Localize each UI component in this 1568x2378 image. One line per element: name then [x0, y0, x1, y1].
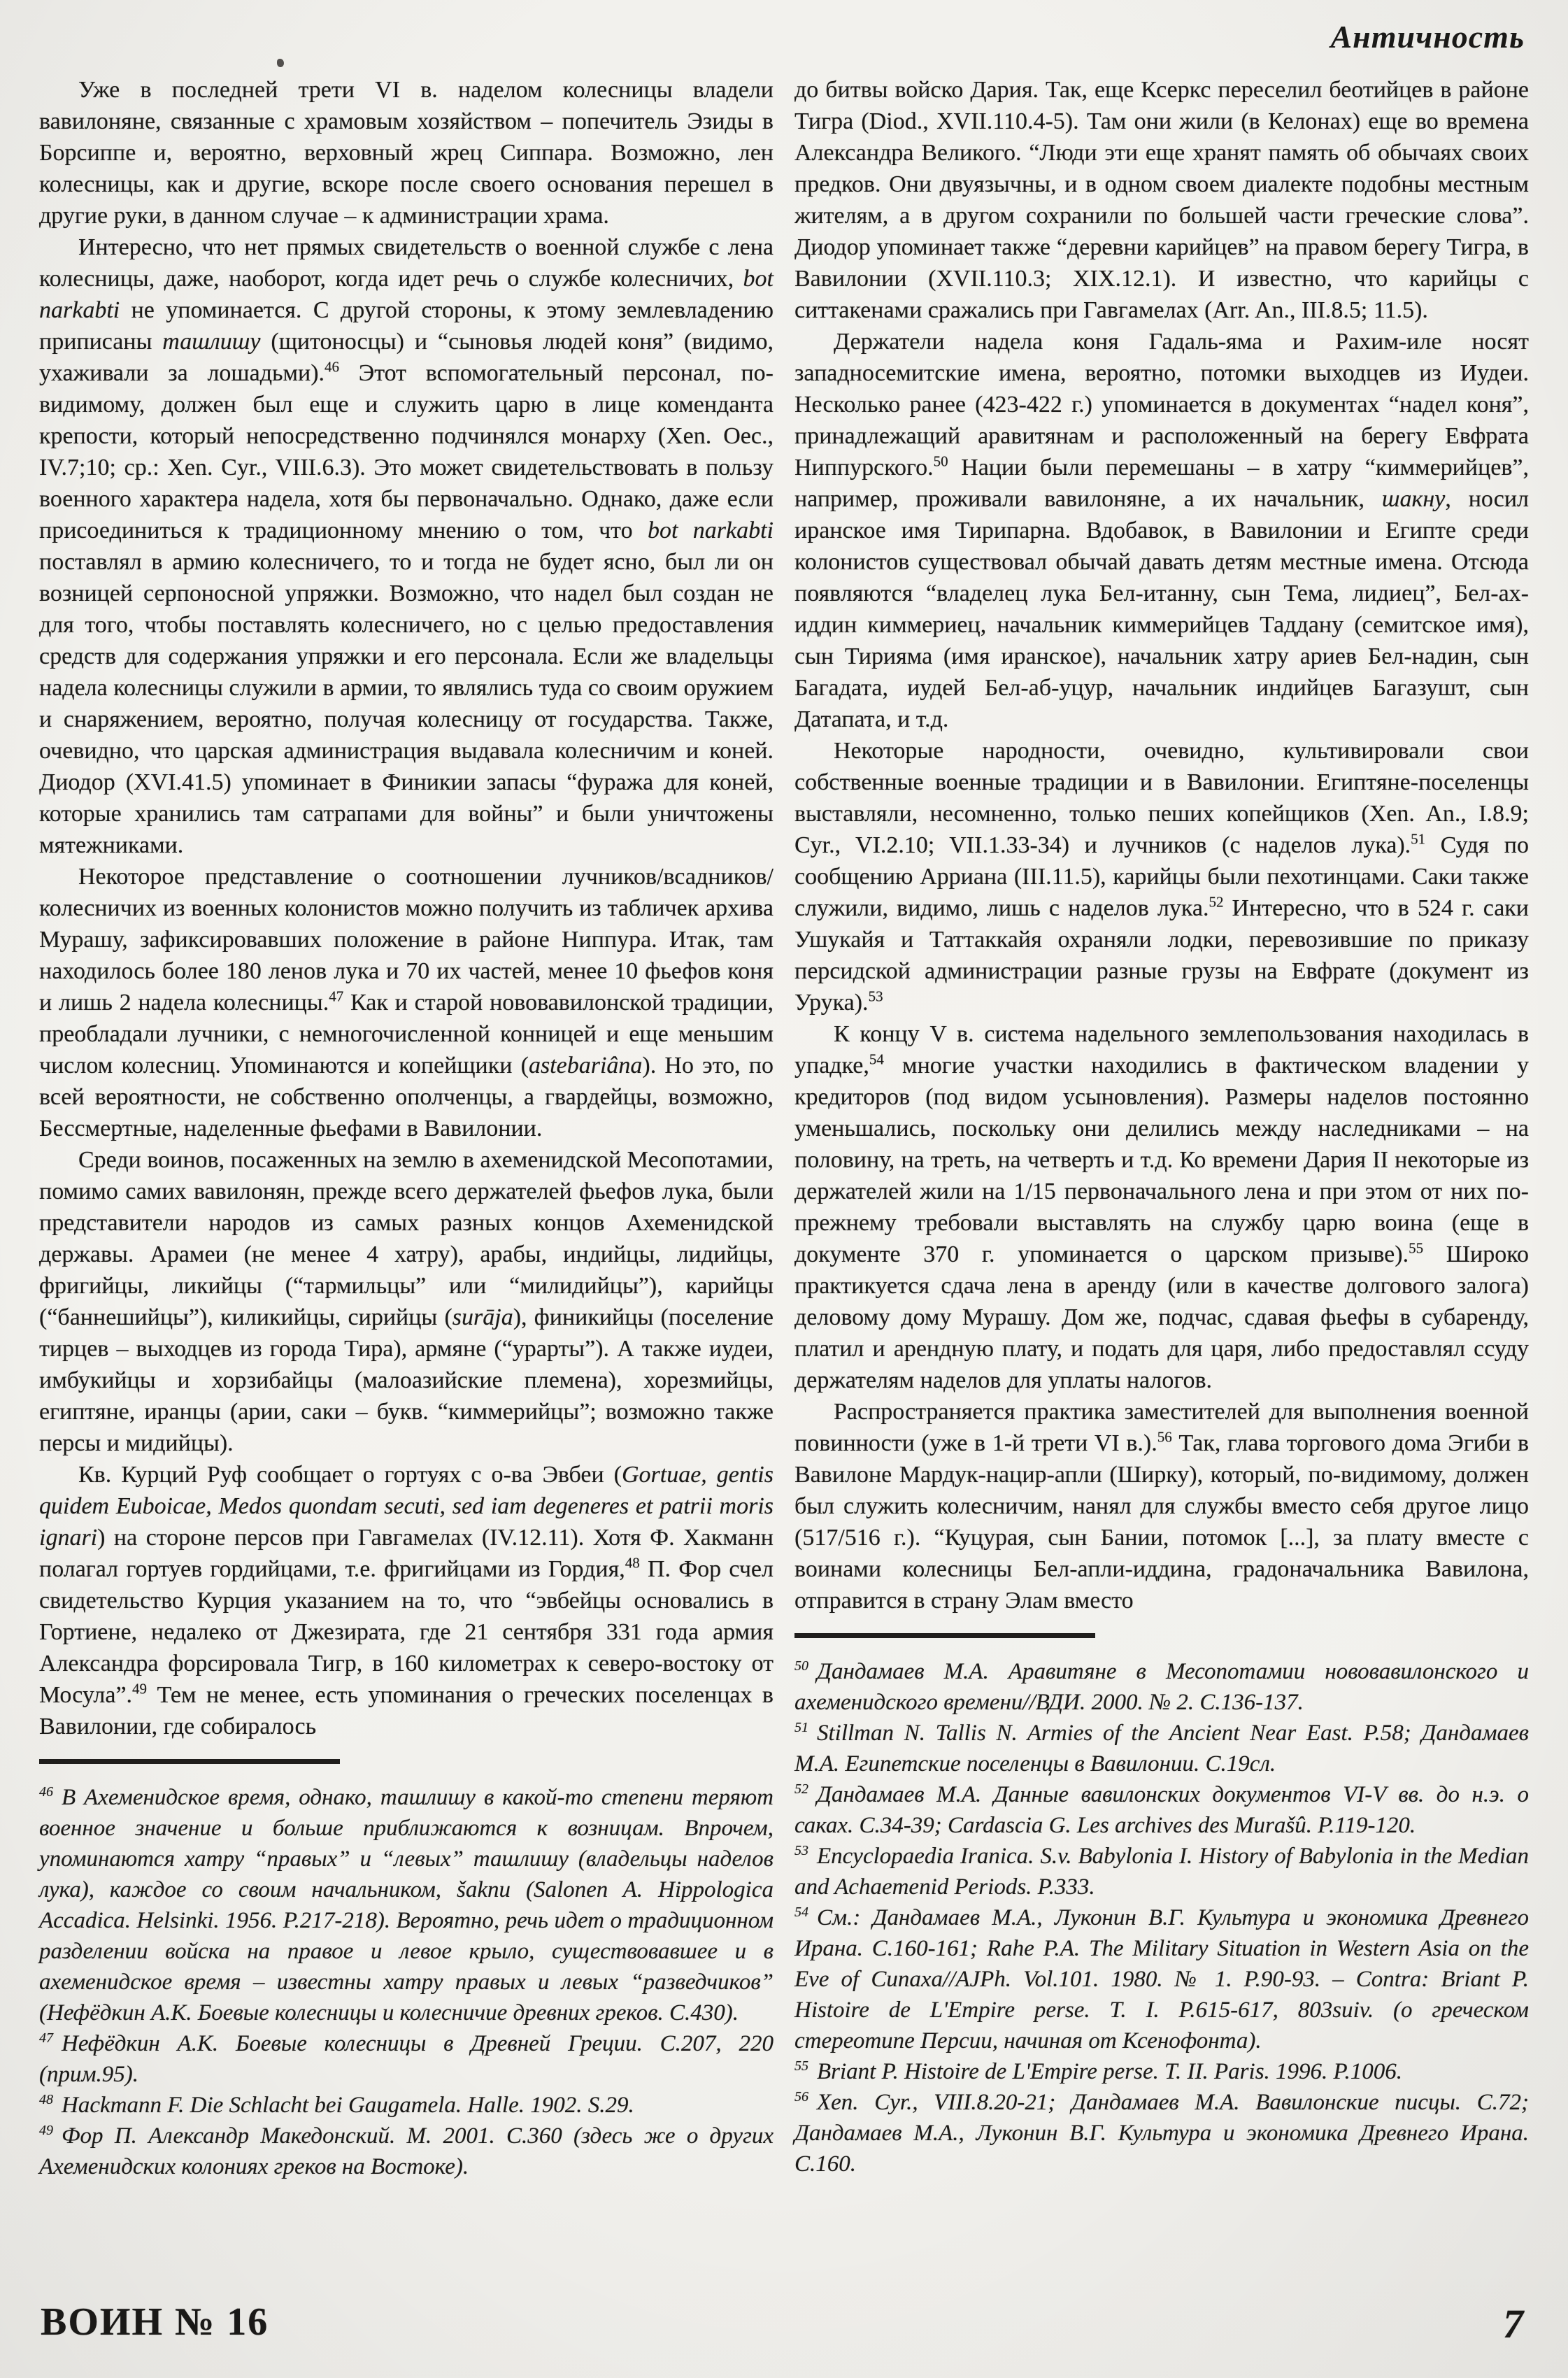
- footnote-ref: 53: [869, 988, 883, 1005]
- footnote: 47Нефёдкин А.К. Боевые колесницы в Древн…: [39, 2028, 774, 2090]
- paragraph: Среди воинов, посаженных на землю в ахем…: [39, 1144, 774, 1459]
- text-run: Hackmann F. Die Schlacht bei Gaugamela. …: [62, 2093, 634, 2118]
- footnote-separator: [39, 1759, 340, 1764]
- footnote-number: 47: [39, 2030, 53, 2046]
- text-run: Briant P. Histoire de L'Empire perse. T.…: [817, 2059, 1402, 2084]
- footnote-number: 49: [39, 2123, 53, 2138]
- footnote-number: 53: [794, 1843, 808, 1858]
- footnote: 55Briant P. Histoire de L'Empire perse. …: [794, 2056, 1529, 2087]
- text-run: Тем не менее, есть упоминания о гречески…: [39, 1682, 774, 1739]
- text-run: Stillman N. Tallis N. Armies of the Anci…: [794, 1721, 1529, 1777]
- scanned-page: Античность Уже в последней трети VI в. н…: [0, 0, 1568, 2378]
- footnote-number: 50: [794, 1658, 808, 1674]
- footnote-number: 56: [794, 2089, 808, 2105]
- text-run: Уже в последней трети VI в. наделом коле…: [39, 77, 774, 229]
- footnote-ref: 49: [132, 1681, 147, 1697]
- footnote-ref: 47: [329, 988, 343, 1005]
- running-head: Античность: [1331, 18, 1525, 55]
- paragraph: Некоторые народности, очевидно, культиви…: [794, 735, 1529, 1018]
- italic-term: bot narkabti: [648, 518, 774, 543]
- footnote-ref: 50: [934, 453, 948, 470]
- text-run: Кв. Курций Руф сообщает о гортуях с о-ва…: [78, 1462, 622, 1488]
- paragraph: Уже в последней трети VI в. наделом коле…: [39, 74, 774, 232]
- footnote-text: Hackmann F. Die Schlacht bei Gaugamela. …: [62, 2093, 634, 2118]
- footnote-text: Encyclopaedia Iranica. S.v. Babylonia I.…: [794, 1844, 1529, 1900]
- italic-term: ташлишу: [162, 329, 260, 355]
- text-run: Интересно, что нет прямых свидетельств о…: [39, 234, 774, 292]
- footnote: 49Фор П. Александр Македонский. М. 2001.…: [39, 2121, 774, 2182]
- right-column: до битвы войско Дария. Так, еще Ксеркс п…: [794, 74, 1529, 2182]
- footnote-number: 51: [794, 1720, 808, 1735]
- page-number: 7: [1503, 2300, 1523, 2347]
- text-run: Этот вспомогательный персонал, по-видимо…: [39, 360, 774, 543]
- footnote-text: Stillman N. Tallis N. Armies of the Anci…: [794, 1721, 1529, 1777]
- footnote-text: См.: Дандамаев М.А., Луконин В.Г. Культу…: [794, 1905, 1529, 2053]
- footnote-ref: 46: [325, 359, 339, 376]
- footnote: 53Encyclopaedia Iranica. S.v. Babylonia …: [794, 1841, 1529, 1902]
- footnote-number: 48: [39, 2092, 53, 2107]
- text-run: Encyclopaedia Iranica. S.v. Babylonia I.…: [794, 1844, 1529, 1900]
- paragraph: К концу V в. система надельного землепол…: [794, 1018, 1529, 1396]
- footnote-text: Фор П. Александр Македонский. М. 2001. С…: [39, 2123, 774, 2179]
- text-run: Дандамаев М.А. Аравитяне в Месопотамии н…: [794, 1659, 1529, 1715]
- text-run: См.: Дандамаев М.А., Луконин В.Г. Культу…: [794, 1905, 1529, 2053]
- text-run: до битвы войско Дария. Так, еще Ксеркс п…: [794, 77, 1529, 323]
- footnote-number: 55: [794, 2058, 808, 2074]
- text-run: многие участки находились в фактическом …: [794, 1053, 1529, 1267]
- footnote-separator: [794, 1633, 1095, 1638]
- footnote-text: Дандамаев М.А. Аравитяне в Месопотамии н…: [794, 1659, 1529, 1715]
- paragraph: Распространяется практика заместителей д…: [794, 1396, 1529, 1616]
- footnote: 46В Ахеменидское время, однако, ташлишу …: [39, 1782, 774, 2028]
- footnote-ref: 54: [869, 1051, 884, 1068]
- footnote-number: 54: [794, 1904, 808, 1920]
- footnote-ref: 52: [1209, 894, 1223, 911]
- scan-speck: [277, 59, 284, 67]
- columns: Уже в последней трети VI в. наделом коле…: [0, 0, 1568, 2182]
- footnote-ref: 48: [625, 1555, 640, 1572]
- italic-term: astebariâna: [529, 1053, 642, 1078]
- footnote-number: 52: [794, 1781, 808, 1797]
- footnote-ref: 56: [1157, 1429, 1172, 1446]
- footnote-text: Дандамаев М.А. Данные вавилонских докуме…: [794, 1782, 1529, 1838]
- footnote-ref: 55: [1409, 1240, 1423, 1257]
- footnote: 50Дандамаев М.А. Аравитяне в Месопотамии…: [794, 1656, 1529, 1718]
- footnote-number: 46: [39, 1784, 53, 1800]
- footnote-text: Нефёдкин А.К. Боевые колесницы в Древней…: [39, 2031, 774, 2087]
- text-run: Xen. Cyr., VIII.8.20-21; Дандамаев М.А. …: [794, 2090, 1529, 2177]
- italic-term: шакну: [1382, 486, 1446, 512]
- paragraph: Интересно, что нет прямых свидетельств о…: [39, 232, 774, 861]
- paragraph: Некоторое представление о соотношении лу…: [39, 861, 774, 1144]
- footnote: 48Hackmann F. Die Schlacht bei Gaugamela…: [39, 2090, 774, 2121]
- text-run: поставлял в армию колесничего, то и тогд…: [39, 549, 774, 858]
- footnote-text: В Ахеменидское время, однако, ташлишу в …: [39, 1785, 774, 2025]
- paragraph: Кв. Курций Руф сообщает о гортуях с о-ва…: [39, 1459, 774, 1742]
- footnote: 51Stillman N. Tallis N. Armies of the An…: [794, 1718, 1529, 1779]
- text-run: Фор П. Александр Македонский. М. 2001. С…: [39, 2123, 774, 2179]
- footnote: 54См.: Дандамаев М.А., Луконин В.Г. Куль…: [794, 1902, 1529, 2056]
- text-run: Среди воинов, посаженных на землю в ахем…: [39, 1147, 774, 1330]
- footnote-text: Briant P. Histoire de L'Empire perse. T.…: [817, 2059, 1402, 2084]
- paragraph: Держатели надела коня Гадаль-яма и Рахим…: [794, 326, 1529, 735]
- footnote-ref: 51: [1411, 831, 1425, 848]
- text-run: Дандамаев М.А. Данные вавилонских докуме…: [794, 1782, 1529, 1838]
- paragraph: до битвы войско Дария. Так, еще Ксеркс п…: [794, 74, 1529, 326]
- text-run: Так, глава торгового дома Эгиби в Вавило…: [794, 1430, 1529, 1614]
- journal-title: ВОИН № 16: [41, 2300, 269, 2344]
- text-run: , носил иранское имя Тирипарна. Вдобавок…: [794, 486, 1529, 732]
- text-run: Нефёдкин А.К. Боевые колесницы в Древней…: [39, 2031, 774, 2087]
- left-column: Уже в последней трети VI в. наделом коле…: [39, 74, 774, 2182]
- footnote: 56Xen. Cyr., VIII.8.20-21; Дандамаев М.А…: [794, 2087, 1529, 2179]
- italic-term: surāja: [452, 1304, 513, 1330]
- footnote: 52Дандамаев М.А. Данные вавилонских доку…: [794, 1779, 1529, 1841]
- text-run: В Ахеменидское время, однако, ташлишу в …: [39, 1785, 774, 2025]
- footnote-text: Xen. Cyr., VIII.8.20-21; Дандамаев М.А. …: [794, 2090, 1529, 2177]
